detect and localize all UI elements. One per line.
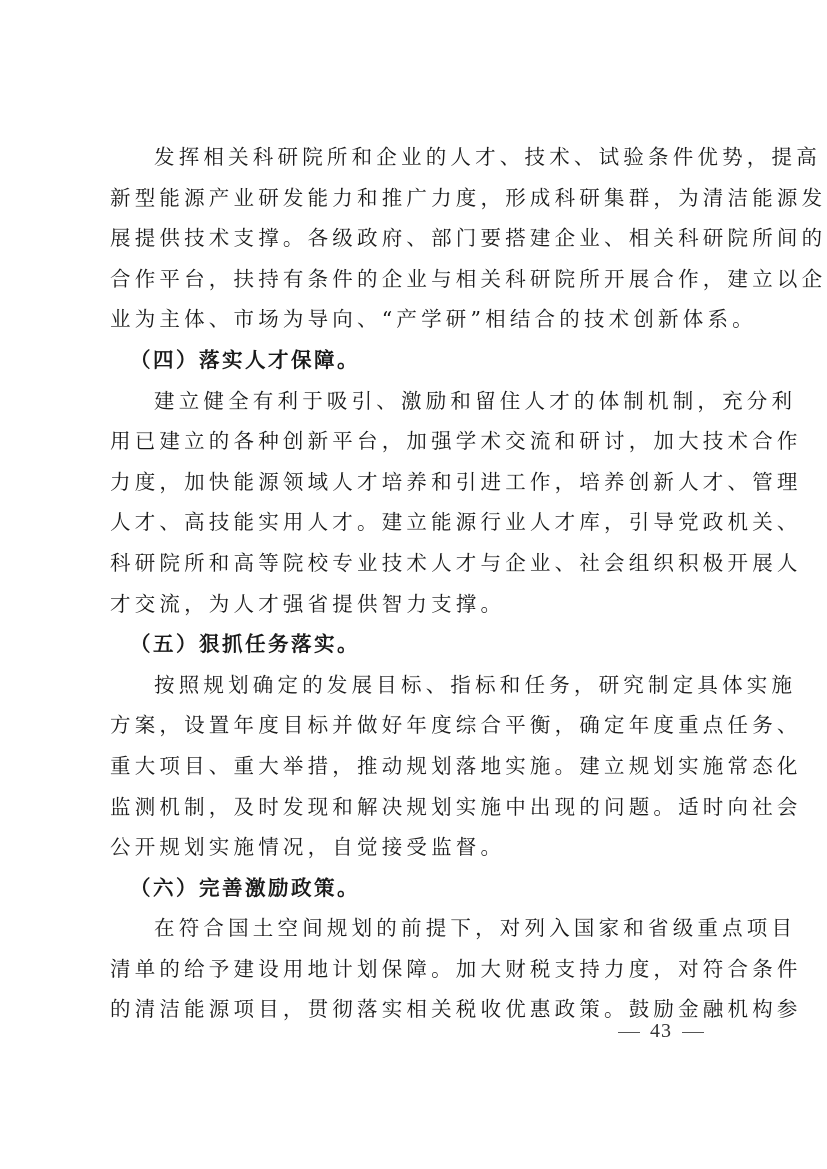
section-heading-incentives: （六）完善激励政策。 (110, 868, 722, 909)
text-line: 人才、高技能实用人才。建立能源行业人才库，引导党政机关、 (110, 502, 716, 543)
paragraph-tech-support: 发挥相关科研院所和企业的人才、技术、试验条件优势，提高 新型能源产业研发能力和推… (110, 137, 722, 340)
text-line: 合作平台，扶持有条件的企业与相关科研院所开展合作，建立以企 (110, 259, 716, 300)
text-line: 业为主体、市场为导向、“产学研”相结合的技术创新体系。 (110, 299, 716, 340)
document-page: 发挥相关科研院所和企业的人才、技术、试验条件优势，提高 新型能源产业研发能力和推… (110, 137, 722, 1030)
text-line: 建立健全有利于吸引、激励和留住人才的体制机制，充分利 (110, 381, 716, 422)
text-line: 在符合国土空间规划的前提下，对列入国家和省级重点项目 (110, 908, 716, 949)
text-line: 用已建立的各种创新平台，加强学术交流和研讨，加大技术合作 (110, 421, 716, 462)
paragraph-incentives: 在符合国土空间规划的前提下，对列入国家和省级重点项目 清单的给予建设用地计划保障… (110, 908, 722, 1030)
text-line: 按照规划确定的发展目标、指标和任务，研究制定具体实施 (110, 665, 716, 706)
section-heading-tasks: （五）狠抓任务落实。 (110, 624, 722, 665)
page-number: 43 (608, 1020, 714, 1043)
text-line: 发挥相关科研院所和企业的人才、技术、试验条件优势，提高 (110, 137, 716, 178)
dash-right (682, 1032, 704, 1033)
text-line: 科研院所和高等院校专业技术人才与企业、社会组织积极开展人 (110, 543, 716, 584)
text-line: 重大项目、重大举措，推动规划落地实施。建立规划实施常态化 (110, 746, 716, 787)
paragraph-tasks: 按照规划确定的发展目标、指标和任务，研究制定具体实施 方案，设置年度目标并做好年… (110, 665, 722, 868)
text-line: 展提供技术支撑。各级政府、部门要搭建企业、相关科研院所间的 (110, 218, 716, 259)
page-number-value: 43 (650, 1020, 672, 1042)
text-line: 监测机制，及时发现和解决规划实施中出现的问题。适时向社会 (110, 787, 716, 828)
paragraph-talent: 建立健全有利于吸引、激励和留住人才的体制机制，充分利 用已建立的各种创新平台，加… (110, 381, 722, 625)
text-line: 公开规划实施情况，自觉接受监督。 (110, 827, 716, 868)
text-line: 才交流，为人才强省提供智力支撑。 (110, 584, 716, 625)
text-line: 方案，设置年度目标并做好年度综合平衡，确定年度重点任务、 (110, 705, 716, 746)
dash-left (618, 1032, 640, 1033)
section-heading-talent: （四）落实人才保障。 (110, 340, 722, 381)
text-line: 新型能源产业研发能力和推广力度，形成科研集群，为清洁能源发 (110, 178, 716, 219)
text-line: 力度，加快能源领域人才培养和引进工作，培养创新人才、管理 (110, 462, 716, 503)
text-line: 清单的给予建设用地计划保障。加大财税支持力度，对符合条件 (110, 949, 716, 990)
